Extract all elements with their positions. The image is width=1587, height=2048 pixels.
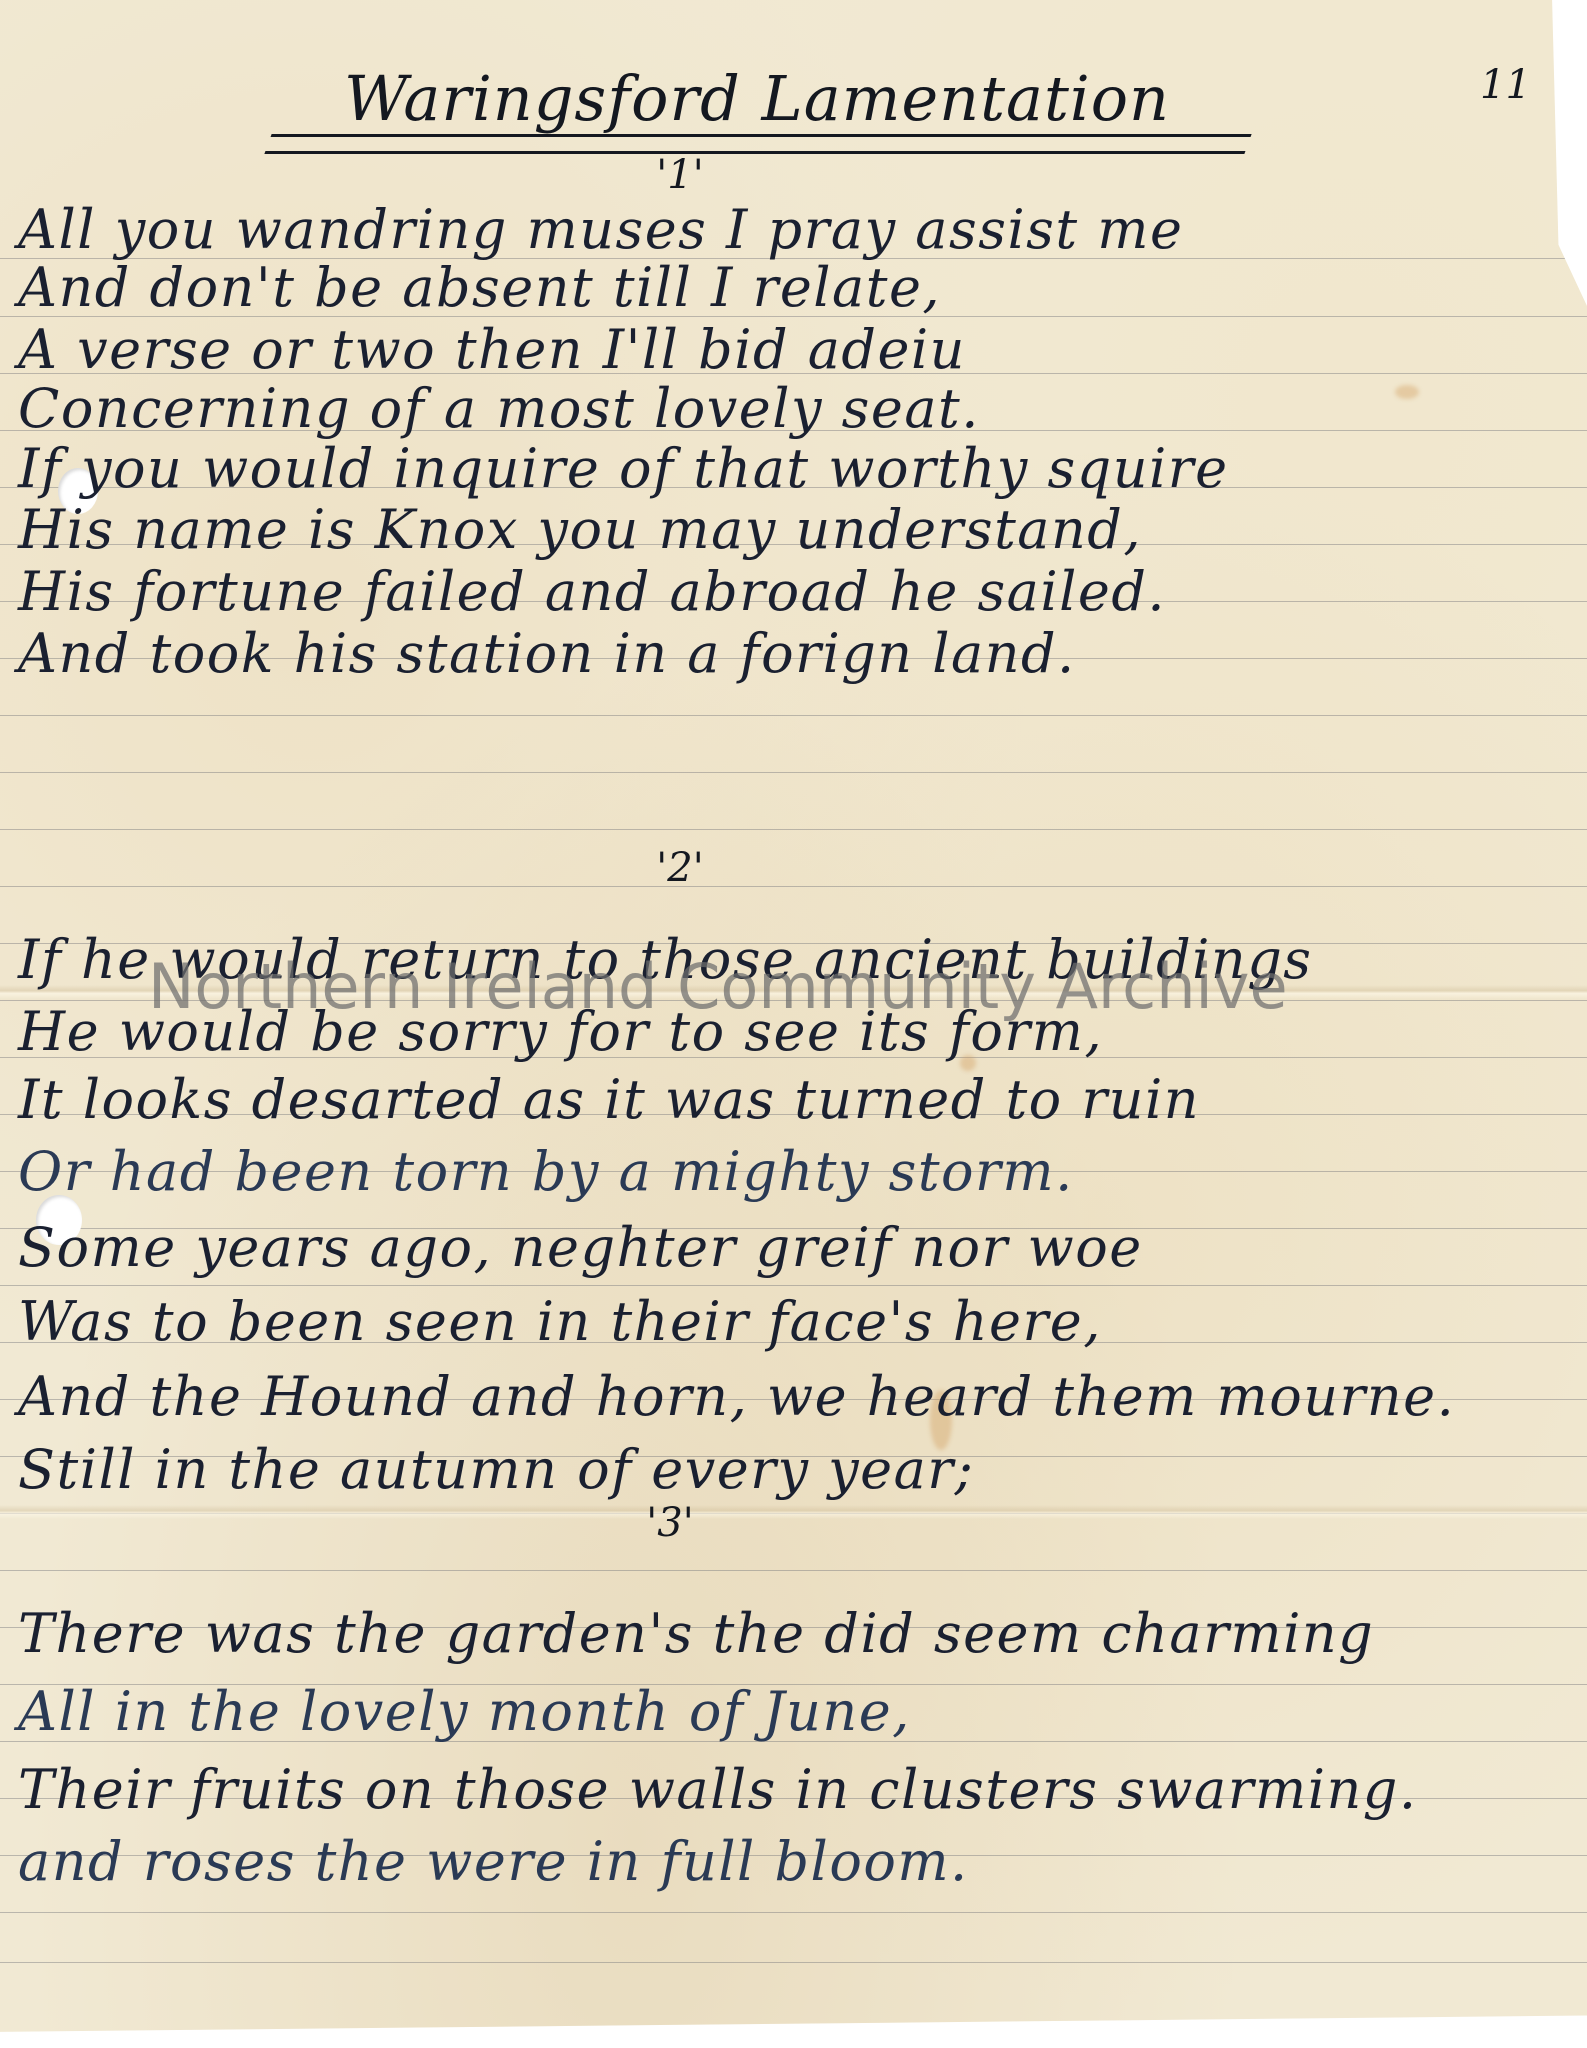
verse-line: Still in the autumn of every year;: [18, 1438, 974, 1501]
title-double-underline: [264, 134, 1251, 154]
ruled-line: [0, 1285, 1587, 1286]
verse-line: It looks desarted as it was turned to ru…: [18, 1068, 1200, 1131]
verse-line: His fortune failed and abroad he sailed.: [18, 560, 1166, 623]
ruled-line: [0, 1962, 1587, 1963]
verse-line: A verse or two then I'll bid adeiu: [18, 318, 966, 381]
ruled-line: [0, 1570, 1587, 1571]
verse-number: '3': [610, 1500, 730, 1546]
ruled-line: [0, 829, 1587, 830]
ruled-line: [0, 772, 1587, 773]
page-number: 11: [1480, 62, 1531, 108]
verse-line: and roses the were in full bloom.: [18, 1830, 969, 1893]
verse-line: All in the lovely month of June,: [18, 1680, 911, 1743]
verse-line: There was the garden's the did seem char…: [18, 1602, 1374, 1665]
verse-line: Or had been torn by a mighty storm.: [18, 1140, 1074, 1203]
manuscript-page: Waringsford Lamentation 11 '1' All you w…: [0, 0, 1587, 2040]
verse-line: Their fruits on those walls in clusters …: [18, 1758, 1418, 1821]
verse-line: And don't be absent till I relate,: [18, 256, 941, 319]
archive-watermark: Northern Ireland Community Archive: [148, 950, 1288, 1023]
verse-line: Some years ago, neghter greif nor woe: [18, 1216, 1143, 1279]
verse-line: And the Hound and horn, we heard them mo…: [18, 1365, 1455, 1428]
verse-line: If you would inquire of that worthy squi…: [18, 437, 1229, 500]
verse-number: '1': [620, 152, 740, 198]
verse-line: His name is Knox you may understand,: [18, 498, 1142, 561]
verse-line: And took his station in a forign land.: [18, 622, 1076, 685]
paper-fold-crease: [0, 1505, 1587, 1519]
verse-number: '2': [620, 845, 740, 891]
ruled-line: [0, 1912, 1587, 1913]
stain: [1395, 385, 1419, 399]
document-title: Waringsford Lamentation: [344, 62, 1170, 135]
verse-line: Was to been seen in their face's here,: [18, 1290, 1102, 1353]
ruled-line: [0, 715, 1587, 716]
ruled-line: [0, 886, 1587, 887]
verse-line: Concerning of a most lovely seat.: [18, 377, 980, 440]
verse-line: All you wandring muses I pray assist me: [18, 198, 1183, 261]
title-container: Waringsford Lamentation: [262, 62, 1252, 135]
